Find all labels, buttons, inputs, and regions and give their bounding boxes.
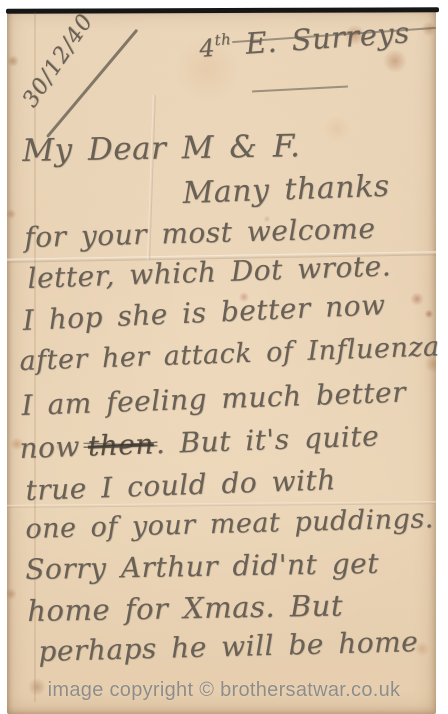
struck-through-word: then (87, 427, 154, 462)
handwriting-line: Sorry Arthur did'nt get (25, 547, 379, 586)
copyright-watermark: image copyright © brothersatwar.co.uk (0, 679, 448, 702)
handwriting-line: home for Xmas. But (27, 588, 343, 628)
regiment-ordinal: th (214, 30, 232, 49)
handwriting-line: Many thanks (182, 169, 390, 211)
letter-photo: 30/12/40 4thE. Surreys My Dear M & F. Ma… (0, 0, 448, 714)
corrected-line-pre: now (19, 430, 80, 465)
handwriting-line-salutation: My Dear M & F. (22, 128, 301, 169)
regiment-number: 4 (198, 34, 216, 63)
